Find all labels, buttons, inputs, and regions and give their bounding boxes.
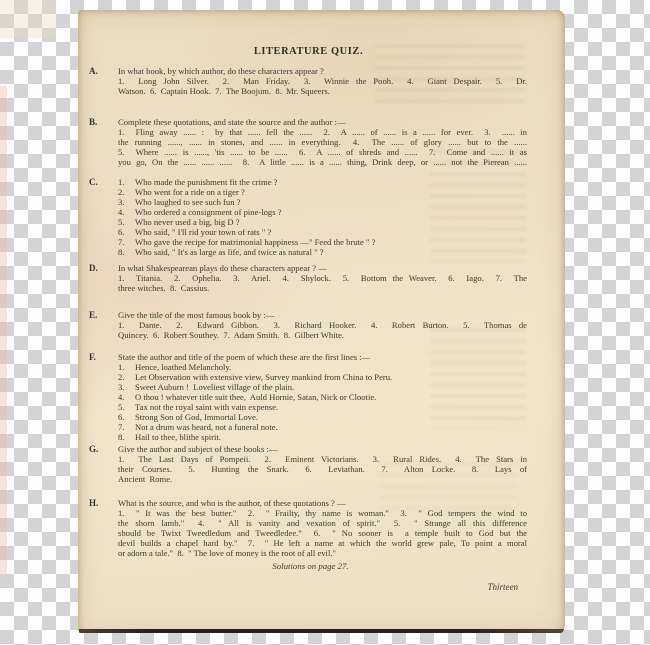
question-item: 8.Who said, " It's as large as life, and… (118, 247, 527, 257)
section-heading: Give the title of the most famous book b… (118, 310, 527, 320)
question-item: 7.Who gave the recipe for matrimonial ha… (118, 237, 527, 247)
section-d: D.In what Shakespearean plays do these c… (118, 263, 527, 293)
page-title: LITERATURE QUIZ. (104, 46, 513, 57)
question-item: 3.Sweet Auburn ! Loveliest village of th… (118, 382, 527, 392)
question-item: 4.Who ordered a consignment of pine-logs… (118, 207, 527, 217)
question-number: 2. (118, 187, 135, 197)
question-text: Tax not the royal saint with vain expens… (135, 402, 527, 412)
question-text: Who made the punishment fit the crime ? (135, 177, 527, 187)
section-f: F.State the author and title of the poem… (118, 352, 527, 442)
section-heading: Give the author and subject of these boo… (118, 444, 527, 454)
question-line: the running ......, ...... in stones, an… (118, 137, 527, 147)
question-text: Who said, " It's as large as life, and t… (135, 247, 527, 257)
question-number: 1. (118, 362, 135, 372)
question-number: 3. (118, 382, 135, 392)
section-label: A. (89, 66, 98, 76)
question-text: Hail to thee, blithe spirit. (135, 432, 527, 442)
scan-edge-artifact (0, 86, 7, 574)
question-text: Who never used a big, big D ? (135, 217, 527, 227)
section-h: H.What is the source, and who is the aut… (118, 498, 527, 558)
question-line: 1. Titania. 2. Ophelia. 3. Ariel. 4. Shy… (118, 273, 527, 283)
question-text: Sweet Auburn ! Loveliest village of the … (135, 382, 527, 392)
page-number: Thirteen (488, 582, 519, 592)
question-number: 8. (118, 247, 135, 257)
question-item: 1.Hence, loathed Melancholy. (118, 362, 527, 372)
question-item: 7.Not a drum was heard, not a funeral no… (118, 422, 527, 432)
section-a: A.In what book, by which author, do thes… (118, 66, 527, 96)
transparency-background: LITERATURE QUIZ. A.In what book, by whic… (0, 0, 650, 645)
question-item: 4.O thou ! whatever title suit thee, Aul… (118, 392, 527, 402)
section-label: F. (89, 352, 96, 362)
section-b: B.Complete these quotations, and state t… (118, 117, 527, 167)
section-label: B. (89, 117, 97, 127)
question-line: 1. Fling away ...... : by that ...... fe… (118, 127, 527, 137)
question-number: 5. (118, 402, 135, 412)
question-line: 5. Where ...... is ......, 'tis ...... t… (118, 147, 527, 157)
question-item: 2.Let Observation with extensive view, S… (118, 372, 527, 382)
question-number: 7. (118, 422, 135, 432)
question-text: Strong Son of God, Immortal Love. (135, 412, 527, 422)
question-item: 5.Tax not the royal saint with vain expe… (118, 402, 527, 412)
section-e: E.Give the title of the most famous book… (118, 310, 527, 340)
question-number: 1. (118, 177, 135, 187)
question-text: Who went for a ride on a tiger ? (135, 187, 527, 197)
section-heading: In what Shakespearean plays do these cha… (118, 263, 527, 273)
question-text: Let Observation with extensive view, Sur… (135, 372, 527, 382)
question-item: 1.Who made the punishment fit the crime … (118, 177, 527, 187)
solutions-note: Solutions on page 27. (106, 561, 515, 571)
question-item: 6.Who said, " I'll rid your town of rats… (118, 227, 527, 237)
question-line: three witches. 8. Cassius. (118, 283, 527, 293)
question-number: 5. (118, 217, 135, 227)
section-label: D. (89, 263, 98, 273)
question-line: 1. Dante. 2. Edward Gibbon. 3. Richard H… (118, 320, 527, 330)
section-label: C. (89, 177, 98, 187)
question-number: 3. (118, 197, 135, 207)
question-text: Who gave the recipe for matrimonial happ… (135, 237, 527, 247)
question-line: Watson. 6. Captain Hook. 7. The Boojum. … (118, 86, 527, 96)
question-line: their Courses. 5. Hunting the Snark. 6. … (118, 464, 527, 474)
question-text: Not a drum was heard, not a funeral note… (135, 422, 527, 432)
question-item: 5.Who never used a big, big D ? (118, 217, 527, 227)
question-item: 6.Strong Son of God, Immortal Love. (118, 412, 527, 422)
question-text: Hence, loathed Melancholy. (135, 362, 527, 372)
question-number: 8. (118, 432, 135, 442)
question-number: 4. (118, 207, 135, 217)
question-number: 4. (118, 392, 135, 402)
question-item: 2.Who went for a ride on a tiger ? (118, 187, 527, 197)
question-line: Ancient Rome. (118, 474, 527, 484)
question-text: Who said, " I'll rid your town of rats "… (135, 227, 527, 237)
question-line: you go, On the ...... ...... ...... 8. A… (118, 157, 527, 167)
section-c: C.1.Who made the punishment fit the crim… (118, 177, 527, 257)
question-line: devil builds a chapel hard by." 7. " He … (118, 538, 527, 548)
section-g: G.Give the author and subject of these b… (118, 444, 527, 484)
question-line: 1. The Last Days of Pompeii. 2. Eminent … (118, 454, 527, 464)
question-item: 8.Hail to thee, blithe spirit. (118, 432, 527, 442)
section-heading: State the author and title of the poem o… (118, 352, 527, 362)
page-bottom-edge (79, 629, 564, 633)
question-line: 1. " It was the best butter." 2. " Frail… (118, 508, 527, 518)
quiz-page: LITERATURE QUIZ. A.In what book, by whic… (78, 10, 565, 633)
section-heading: What is the source, and who is the autho… (118, 498, 527, 508)
section-label: E. (89, 310, 97, 320)
question-line: 1. Long John Silver. 2. Man Friday. 3. W… (118, 76, 527, 86)
question-number: 6. (118, 227, 135, 237)
question-number: 6. (118, 412, 135, 422)
scan-corner-artifact (0, 0, 56, 38)
section-heading: In what book, by which author, do these … (118, 66, 527, 76)
question-number: 7. (118, 237, 135, 247)
question-text: Who laughed to see such fun ? (135, 197, 527, 207)
question-line: or adorn a tale." 8. " The love of money… (118, 548, 527, 558)
question-item: 3.Who laughed to see such fun ? (118, 197, 527, 207)
question-number: 2. (118, 372, 135, 382)
question-text: O thou ! whatever title suit thee, Auld … (135, 392, 527, 402)
question-line: the shorn lamb." 4. " All is vanity and … (118, 518, 527, 528)
section-label: H. (89, 498, 98, 508)
section-heading: Complete these quotations, and state the… (118, 117, 527, 127)
question-line: should be Twixt Tweedledum and Tweedlede… (118, 528, 527, 538)
section-label: G. (89, 444, 98, 454)
question-line: Quincey. 6. Robert Southey. 7. Adam Smit… (118, 330, 527, 340)
question-text: Who ordered a consignment of pine-logs ? (135, 207, 527, 217)
